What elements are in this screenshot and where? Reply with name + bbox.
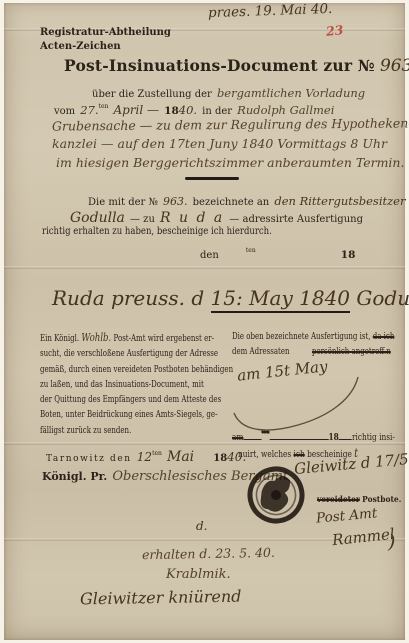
issue-place-print: Tarnowitz den [46,454,132,464]
year18-blank: 18 [341,249,356,261]
bottom-signature-line-hand: Gleiwitzer kniürend [80,587,242,609]
attest-l1a: Die oben bezeichnete Ausfertigung ist, [232,332,370,342]
confirm-place-hand: Ruda preuss. d [52,286,211,310]
authority-print: Königl. Pr. [42,470,107,483]
red-folio-number: 23 [325,22,344,39]
attest-column: Die oben bezeichnete Ausfertigung ist, d… [232,330,409,361]
subject-hand-line-1: Grubensache — zu dem zur Regulirung des … [52,115,409,133]
postamt-name-hand: Wohlb. [81,331,111,344]
aktenzeichen-label: Acten-Zeichen [40,41,121,52]
postbote-label-line: vereideter Postbote. [317,495,401,505]
zustellung-hand: bergamtlichen Vorladung [217,86,365,100]
postbote-label: Postbote. [362,495,401,505]
receipt-line-2: Godulla — zu R u d a — adressirte Ausfer… [70,207,363,226]
document-title-line: Post-Insinuations-Document zur № 963. [64,56,409,76]
attest-blank-line: amten18richtig insi- [232,429,395,443]
receipt-line-3: richtig erhalten zu haben, bescheinige i… [42,226,272,237]
request-column: Ein Königl. Wohlb. Post-Amt wird ergeben… [40,330,230,439]
attest-l2-struck: persönlich angetroff.n [312,347,391,357]
issue-year-hand: 40. [227,450,246,464]
ten-sup: ten [99,103,109,110]
addressee-name-hand: Godulla [70,210,125,226]
request-line-3: gemäß, durch einen vereideten Postboten … [40,363,188,378]
vereideter-struck: vereideter [317,495,360,505]
request-l1a: Ein Königl. [40,334,79,344]
received-signature-hand: Krablmik. [166,567,231,582]
confirm-signature-hand: Godulla [350,286,409,310]
attest-richtig: richtig insi- [352,433,395,443]
postamt-hand-note: Post Amt [315,505,377,526]
receipt-p3: — adressirte Ausfertigung [229,214,363,225]
ten-blank: ten [246,247,256,254]
attest-am-struck: am [232,433,243,443]
blank-rule [243,432,261,440]
confirm-date-hand: 15: May 1840 [211,286,351,313]
den-print: den [200,250,219,261]
bottom-d-note: d. [196,519,208,533]
attest-line-1: Die oben bezeichnete Ausfertigung ist, d… [232,330,371,345]
receipt-zu: — zu [130,214,155,225]
blank-rule [339,432,352,440]
document-number-hand: 963. [380,56,409,76]
received-note-hand: erhalten d. 23. 5. 40. [142,545,275,562]
month-hand: April — [113,103,159,117]
request-line-4: zu laßen, und das Insinuations-Document,… [40,378,188,393]
addressee-hand: den Rittergutsbesitzer pp. [274,194,409,208]
request-line-2: sucht, die verschloßene Ausfertigung der… [40,347,188,362]
request-line-1: Ein Königl. Wohlb. Post-Amt wird ergeben… [40,330,188,347]
section-divider [185,177,239,180]
document-paper: praes. 19. Mai 40. 23 Registratur-Abthei… [4,3,405,640]
document-photo: praes. 19. Mai 40. 23 Registratur-Abthei… [0,0,409,643]
cent-print: 18 [164,105,179,117]
vom-print: vom [54,106,75,117]
blank-rule [270,432,329,440]
inder-print: in der [202,106,232,117]
subject-hand-line-3: im hiesigen Berggerichtszimmer anberaumt… [56,155,404,170]
request-line-6: Boten, unter Beidrückung eines Amts-Sieg… [40,408,188,423]
attest-l2a: dem Adressaten [232,347,290,357]
fold-crease [4,266,405,269]
year-hand: 40. [179,103,197,117]
case-name-hand: Rudolph Gallmei [237,103,334,117]
receipt-date-blanks: den ten 18 [200,243,355,262]
margin-bracket-hand: ) [388,531,395,553]
issue-day-hand: 12 [137,450,152,464]
request-line-5: der Quittung des Empfängers und dem Atte… [40,393,188,408]
issue-ten-sup: ten [152,450,162,457]
subject-line-2: vom 27.ten April — 1840. in der Rudolph … [54,99,334,118]
issue-cent-print: 18 [213,453,227,464]
subject-hand-line-2: kanzlei — auf den 17ten Juny 1840 Vormit… [52,136,387,151]
place-hand: R u d a [160,210,224,226]
issue-line: Tarnowitz den 12ten Mai 1840. [46,446,246,465]
confirmation-hand-line: Ruda preuss. d 15: May 1840 Godulla [52,286,409,310]
attest-ten-struck: ten [261,429,269,436]
registry-date-note: praes. 19. Mai 40. [208,1,333,21]
attest-line-2: dem Adressaten persönlich angetroff.n [232,345,371,360]
request-l1b: Post-Amt wird ergebenst er- [114,334,214,344]
issue-month-hand: Mai [167,449,194,465]
request-line-7: fälligst zurück zu senden. [40,424,188,439]
attest-l1-struck: da ich [373,332,395,342]
registratur-label: Registratur-Abtheilung [40,27,171,38]
attest-18: 18 [329,433,339,443]
document-title: Post-Insinuations-Document zur № [64,56,375,75]
postmaster-signature-hand: Rammel [331,525,395,549]
day-hand: 27. [80,103,98,117]
